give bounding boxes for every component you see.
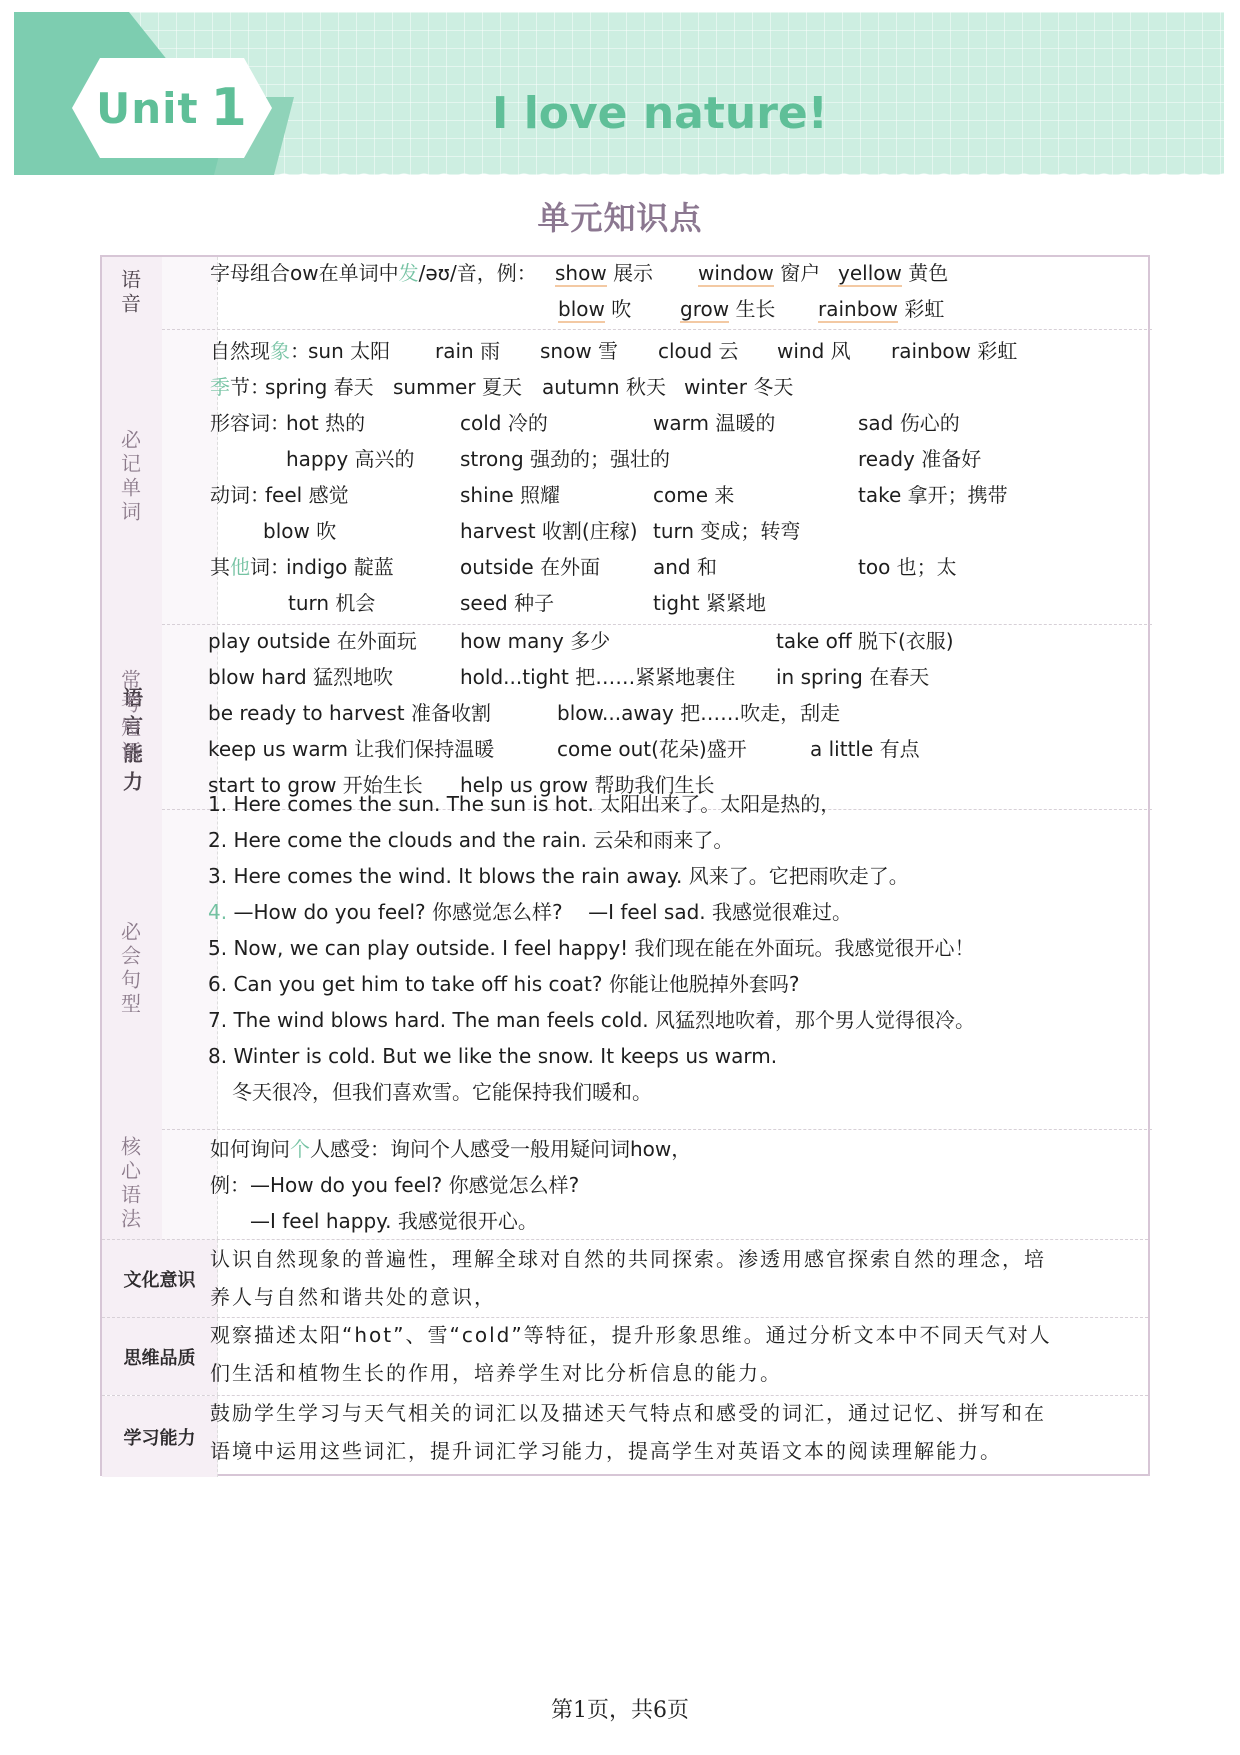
- phrase-item: in spring 在春天: [776, 659, 929, 695]
- phrase-item: come out(花朵)盛开: [557, 731, 747, 767]
- word: grow: [680, 297, 729, 323]
- sentence-item: 5. Now, we can play outside. I feel happ…: [208, 930, 975, 966]
- sentence-text: Here come the clouds and the rain. 云朵和雨来…: [233, 828, 733, 852]
- phonics-intro-accent: 发: [399, 261, 419, 285]
- vocab-adjectives-title: 形容词：: [210, 405, 290, 441]
- meaning: 展示: [613, 261, 653, 285]
- vocab-item: take 拿开；携带: [858, 477, 1008, 513]
- title-accent: 象: [270, 339, 290, 363]
- competency-line: 鼓励学生学习与天气相关的词汇以及描述天气特点和感受的词汇，通过记忆、拼写和在: [210, 1394, 1120, 1432]
- vocab-item: seed 种子: [460, 585, 554, 621]
- phrase-item: play outside 在外面玩: [208, 623, 417, 659]
- sentence-text: Can you get him to take off his coat? 你能…: [233, 972, 799, 996]
- title: 形容词: [210, 411, 270, 435]
- competency-line: 们生活和植物生长的作用，培养学生对比分析信息的能力。: [210, 1354, 1120, 1392]
- sentence-item: 6. Can you get him to take off his coat?…: [208, 966, 799, 1002]
- vocab-item: hot 热的: [286, 405, 365, 441]
- label-grammar: 核心语法: [102, 1129, 158, 1239]
- competency-line: 认识自然现象的普遍性，理解全球对自然的共同探索。渗透用感官探索自然的理念，培: [210, 1240, 1120, 1278]
- title: 节: [230, 375, 250, 399]
- sentence-translation: 冬天很冷，但我们喜欢雪。它能保持我们暖和。: [232, 1074, 652, 1110]
- phonics-intro-suffix: /əʊ/音，例：: [419, 261, 537, 285]
- word: show: [555, 261, 607, 287]
- word: window: [698, 261, 774, 287]
- phonics-word: show 展示: [555, 255, 653, 291]
- vocab-item: snow 雪: [540, 333, 618, 369]
- divider: [162, 1129, 1152, 1130]
- competency-line: 养人与自然和谐共处的意识，: [210, 1278, 1120, 1316]
- unit-label: Unit: [96, 84, 198, 133]
- sentence-text: —How do you feel? 你感觉怎么样?: [233, 900, 562, 924]
- vocab-item: and 和: [653, 549, 717, 585]
- unit-badge: Unit 1: [72, 58, 272, 158]
- sentence-number: 7.: [208, 1008, 227, 1032]
- label-vocabulary: 必记单词: [102, 329, 158, 624]
- phrase-item: be ready to harvest 准备收割: [208, 695, 491, 731]
- sentence-number: 2.: [208, 828, 227, 852]
- vocab-item: rain 雨: [435, 333, 500, 369]
- vocab-verbs-title: 动词：: [210, 477, 270, 513]
- grammar-line: 例：—How do you feel? 你感觉怎么样?: [210, 1167, 579, 1203]
- vocab-item: tight 紧紧地: [653, 585, 766, 621]
- phonics-word: window 窗户: [698, 255, 820, 291]
- vocab-item: harvest 收割(庄稼): [460, 513, 638, 549]
- vocab-item: blow 吹: [263, 513, 336, 549]
- divider: [162, 329, 1152, 330]
- phrase-item: a little 有点: [810, 731, 920, 767]
- sentence-number: 3.: [208, 864, 227, 888]
- unit-title: I love nature!: [492, 88, 828, 139]
- sentence-item: 3. Here comes the wind. It blows the rai…: [208, 858, 909, 894]
- unit-number: 1: [211, 78, 248, 138]
- phonics-intro: 字母组合ow在单词中: [210, 261, 399, 285]
- sentence-text: The wind blows hard. The man feels cold.…: [233, 1008, 975, 1032]
- vocab-item: outside 在外面: [460, 549, 600, 585]
- grammar-text: 人感受：询问个人感受一般用疑问词how，: [310, 1137, 691, 1161]
- sentence-item: 1. Here comes the sun. The sun is hot. 太…: [208, 786, 840, 822]
- vocab-nature-title: 自然现象：: [210, 333, 310, 369]
- sentence-item: 7. The wind blows hard. The man feels co…: [208, 1002, 975, 1038]
- sentence-number: 1.: [208, 792, 227, 816]
- meaning: 彩虹: [904, 297, 944, 321]
- competency-label-learning: 学习能力: [102, 1396, 218, 1477]
- vocab-others-title: 其他词：: [210, 549, 290, 585]
- phonics-word: rainbow 彩虹: [818, 291, 944, 327]
- title: 词: [250, 555, 270, 579]
- sentence-number: 6.: [208, 972, 227, 996]
- grammar-text: 如何询问: [210, 1137, 290, 1161]
- grammar-accent: 个: [290, 1137, 310, 1161]
- title-accent: 他: [230, 555, 250, 579]
- phrase-item: take off 脱下(衣服): [776, 623, 954, 659]
- competency-text-culture: 认识自然现象的普遍性，理解全球对自然的共同探索。渗透用感官探索自然的理念，培 养…: [210, 1240, 1120, 1316]
- sentence-text: Here comes the wind. It blows the rain a…: [233, 864, 908, 888]
- phrase-item: how many 多少: [460, 623, 610, 659]
- phonics-word: blow 吹: [558, 291, 631, 327]
- sentence-item: 2. Here come the clouds and the rain. 云朵…: [208, 822, 733, 858]
- vocab-item: winter 冬天: [684, 369, 793, 405]
- word: blow: [558, 297, 605, 323]
- competency-text-thinking: 观察描述太阳“hot”、雪“cold”等特征，提升形象思维。通过分析文本中不同天…: [210, 1316, 1120, 1392]
- competency-label-thinking: 思维品质: [102, 1318, 218, 1395]
- title: 动词: [210, 483, 250, 507]
- vocab-item: spring 春天: [265, 369, 374, 405]
- vocab-item: too 也；太: [858, 549, 957, 585]
- vocab-item: summer 夏天: [393, 369, 522, 405]
- sentence-text: Here comes the sun. The sun is hot. 太阳出来…: [233, 792, 840, 816]
- vocab-item: happy 高兴的: [286, 441, 415, 477]
- phrase-item: hold...tight 把……紧紧地裹住: [460, 659, 735, 695]
- meaning: 黄色: [908, 261, 948, 285]
- phonics-word: yellow 黄色: [838, 255, 948, 291]
- vocab-item: cloud 云: [658, 333, 739, 369]
- vocab-item: wind 风: [777, 333, 851, 369]
- vocab-item: warm 温暖的: [653, 405, 775, 441]
- word: yellow: [838, 261, 902, 287]
- vocab-item: strong 强劲的；强壮的: [460, 441, 670, 477]
- phrase-item: blow...away 把……吹走，刮走: [557, 695, 840, 731]
- title: 其: [210, 555, 230, 579]
- meaning: 窗户: [780, 261, 820, 285]
- sentence-text: Winter is cold. But we like the snow. It…: [233, 1044, 777, 1068]
- sentence-text: Now, we can play outside. I feel happy! …: [233, 936, 974, 960]
- vocab-item: ready 准备好: [858, 441, 981, 477]
- vocab-item: sun 太阳: [308, 333, 390, 369]
- meaning: 吹: [611, 297, 631, 321]
- vocab-item: indigo 靛蓝: [286, 549, 394, 585]
- grammar-line: —I feel happy. 我感觉很开心。: [250, 1203, 538, 1239]
- phonics-word: grow 生长: [680, 291, 775, 327]
- vocab-item: turn 机会: [288, 585, 375, 621]
- vocab-item: shine 照耀: [460, 477, 560, 513]
- label-phrases: 常考短语: [102, 624, 158, 809]
- competency-label-culture: 文化意识: [102, 1240, 218, 1317]
- page-indicator: 第1页，共6页: [0, 1693, 1240, 1724]
- phrase-item: blow hard 猛烈地吹: [208, 659, 393, 695]
- vocab-item: feel 感觉: [265, 477, 349, 513]
- grammar-line: 如何询问个人感受：询问个人感受一般用疑问词how，: [210, 1131, 691, 1167]
- competency-text-learning: 鼓励学生学习与天气相关的词汇以及描述天气特点和感受的词汇，通过记忆、拼写和在 语…: [210, 1394, 1120, 1470]
- phonics-row-1: 字母组合ow在单词中发/əʊ/音，例：: [210, 255, 537, 291]
- vocab-item: come 来: [653, 477, 734, 513]
- vocab-seasons-title: 季节：: [210, 369, 270, 405]
- knowledge-table: 语言能力 语音 必记单词 常考短语 必会句型 核心语法 字母组合ow在单词中发/…: [100, 255, 1150, 1476]
- vocab-item: autumn 秋天: [542, 369, 666, 405]
- competency-line: 观察描述太阳“hot”、雪“cold”等特征，提升形象思维。通过分析文本中不同天…: [210, 1316, 1120, 1354]
- vocab-item: sad 伤心的: [858, 405, 960, 441]
- sentence-answer: —I feel sad. 我感觉很难过。: [588, 900, 852, 924]
- title: 自然现: [210, 339, 270, 363]
- phrase-item: keep us warm 让我们保持温暖: [208, 731, 494, 767]
- sentence-item: 8. Winter is cold. But we like the snow.…: [208, 1038, 777, 1074]
- competency-line: 语境中运用这些词汇，提升词汇学习能力，提高学生对英语文本的阅读理解能力。: [210, 1432, 1120, 1470]
- vocab-item: cold 冷的: [460, 405, 548, 441]
- label-phonics: 语音: [102, 257, 158, 329]
- meaning: 生长: [735, 297, 775, 321]
- sentence-number: 4.: [208, 900, 227, 924]
- sentence-item: 4. —How do you feel? 你感觉怎么样? —I feel sad…: [208, 894, 852, 930]
- label-sentences: 必会句型: [102, 809, 158, 1129]
- title-accent: 季: [210, 375, 230, 399]
- word: rainbow: [818, 297, 898, 323]
- sentence-number: 5.: [208, 936, 227, 960]
- banner-scallop-edge: [274, 167, 1224, 175]
- sentence-number: 8.: [208, 1044, 227, 1068]
- section-title: 单元知识点: [0, 193, 1240, 239]
- vocab-item: turn 变成；转弯: [653, 513, 800, 549]
- vocab-item: rainbow 彩虹: [891, 333, 1017, 369]
